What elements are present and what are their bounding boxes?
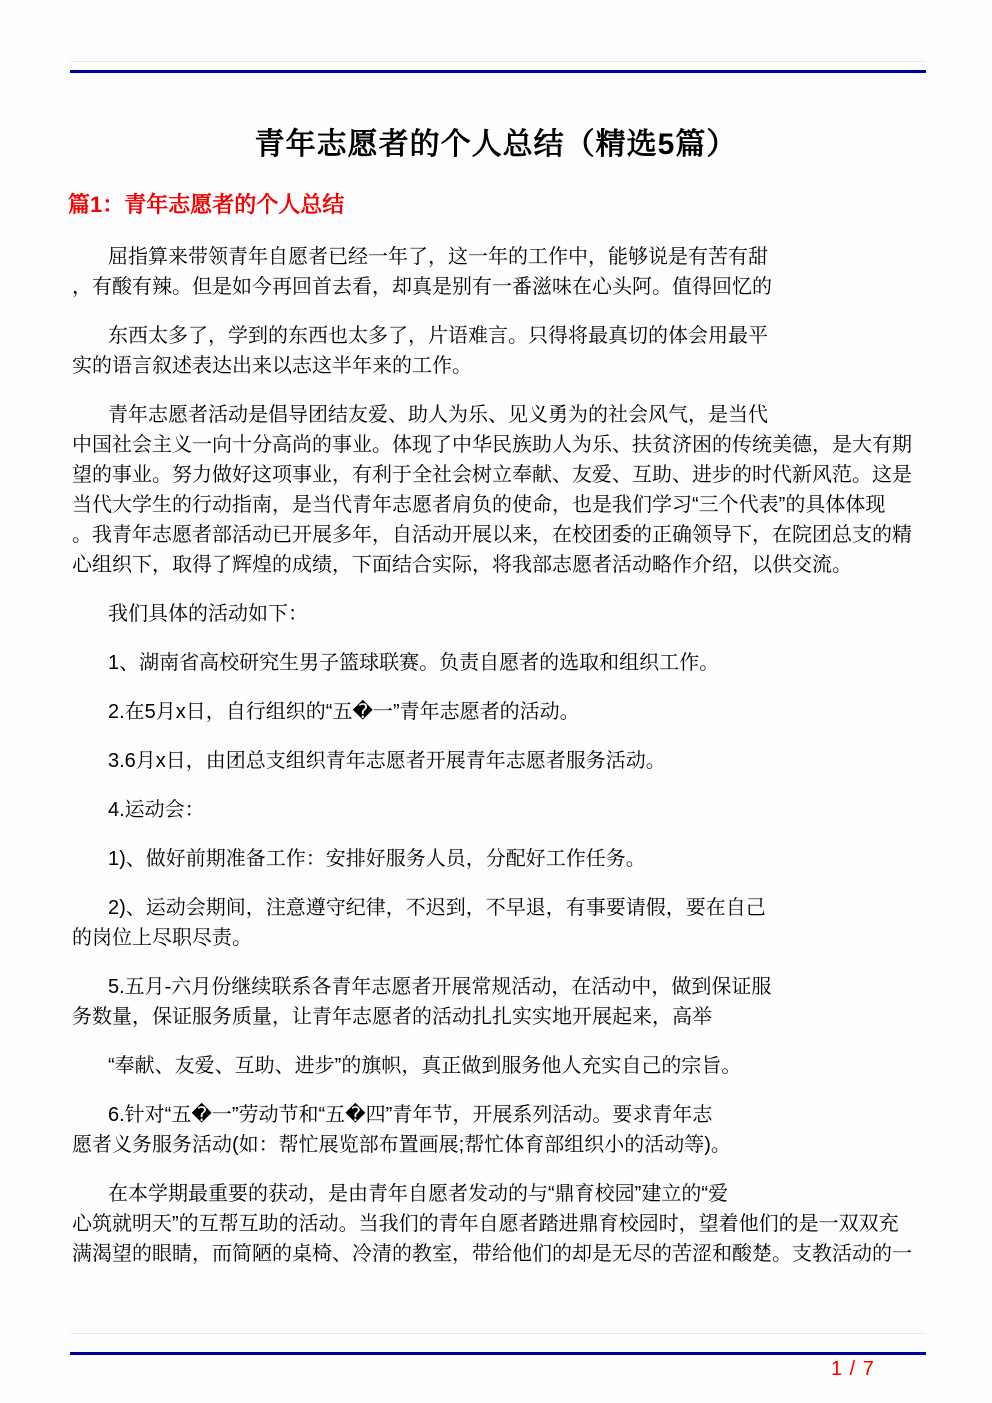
header-rule [70,70,926,73]
paragraph: “奉献、友爱、互助、进步”的旗帜，真正做到服务他人充实自己的宗旨。 [72,1051,928,1081]
paragraph: 东西太多了，学到的东西也太多了，片语难言。只得将最真切的体会用最平实的语言叙述表… [72,321,928,381]
paragraph-line: 满渴望的眼睛，而简陋的桌椅、冷清的教室，带给他们的却是无尽的苦涩和酸楚。支教活动… [72,1239,928,1269]
paragraph: 在本学期最重要的获动，是由青年自愿者发动的与“鼎育校园”建立的“爱心筑就明天”的… [72,1179,928,1269]
paragraph-line: 6.针对“五�一”劳动节和“五�四”青年节，开展系列活动。要求青年志 [72,1100,928,1130]
paragraph-line: 1、湖南省高校研究生男子篮球联赛。负责自愿者的选取和组织工作。 [72,648,928,678]
paragraph-line: 实的语言叙述表达出来以志这半年来的工作。 [72,351,928,381]
paragraph-line: 2.在5月x日，自行组织的“五�一”青年志愿者的活动。 [72,697,928,727]
paragraph-line: 4.运动会： [72,795,928,825]
paragraph-line: 屈指算来带领青年自愿者已经一年了，这一年的工作中，能够说是有苦有甜 [72,242,928,272]
paragraph-line: 我们具体的活动如下： [72,599,928,629]
paragraph-line: 5.五月-六月份继续联系各青年志愿者开展常规活动，在活动中，做到保证服 [72,972,928,1002]
paragraph: 1)、做好前期准备工作：安排好服务人员，分配好工作任务。 [72,844,928,874]
paragraph: 2)、运动会期间，注意遵守纪律，不迟到，不早退，有事要请假，要在自己的岗位上尽职… [72,893,928,953]
paragraph-line: 。我青年志愿者部活动已开展多年，自活动开展以来，在校团委的正确领导下，在院团总支… [72,520,928,550]
paragraph: 屈指算来带领青年自愿者已经一年了，这一年的工作中，能够说是有苦有甜，有酸有辣。但… [72,242,928,302]
paragraph-line: 在本学期最重要的获动，是由青年自愿者发动的与“鼎育校园”建立的“爱 [72,1179,928,1209]
document-page: 青年志愿者的个人总结（精选5篇） 篇1：青年志愿者的个人总结 屈指算来带领青年自… [0,0,992,1403]
page-title: 青年志愿者的个人总结（精选5篇） [0,124,992,166]
paragraph-line: “奉献、友爱、互助、进步”的旗帜，真正做到服务他人充实自己的宗旨。 [72,1051,928,1081]
paragraph: 4.运动会： [72,795,928,825]
paragraph-line: 东西太多了，学到的东西也太多了，片语难言。只得将最真切的体会用最平 [72,321,928,351]
paragraph-line: 当代大学生的行动指南，是当代青年志愿者肩负的使命，也是我们学习“三个代表”的具体… [72,490,928,520]
paragraph-line: 2)、运动会期间，注意遵守纪律，不迟到，不早退，有事要请假，要在自己 [72,893,928,923]
paragraph: 5.五月-六月份继续联系各青年志愿者开展常规活动，在活动中，做到保证服务数量，保… [72,972,928,1032]
paragraph-line: 心筑就明天”的互帮互助的活动。当我们的青年自愿者踏进鼎育校园时，望着他们的是一双… [72,1209,928,1239]
paragraph: 6.针对“五�一”劳动节和“五�四”青年节，开展系列活动。要求青年志愿者义务服务… [72,1100,928,1160]
paragraph-line: 1)、做好前期准备工作：安排好服务人员，分配好工作任务。 [72,844,928,874]
paragraph-line: 望的事业。努力做好这项事业，有利于全社会树立奉献、友爱、互助、进步的时代新风范。… [72,460,928,490]
header-rule-faint [70,61,926,62]
paragraph-line: 的岗位上尽职尽责。 [72,923,928,953]
paragraph: 2.在5月x日，自行组织的“五�一”青年志愿者的活动。 [72,697,928,727]
section-heading: 篇1：青年志愿者的个人总结 [68,190,344,219]
paragraph: 青年志愿者活动是倡导团结友爱、助人为乐、见义勇为的社会风气，是当代中国社会主义一… [72,400,928,580]
paragraph-line: ，有酸有辣。但是如今再回首去看，却真是别有一番滋味在心头阿。值得回忆的 [72,272,928,302]
paragraph-line: 青年志愿者活动是倡导团结友爱、助人为乐、见义勇为的社会风气，是当代 [72,400,928,430]
footer-rule [70,1352,926,1355]
paragraph-line: 愿者义务服务活动(如：帮忙展览部布置画展;帮忙体育部组织小的活动等)。 [72,1130,928,1160]
paragraph: 1、湖南省高校研究生男子篮球联赛。负责自愿者的选取和组织工作。 [72,648,928,678]
paragraph-line: 3.6月x日，由团总支组织青年志愿者开展青年志愿者服务活动。 [72,746,928,776]
page-number: 1 / 7 [831,1358,875,1381]
paragraph-line: 心组织下，取得了辉煌的成绩，下面结合实际，将我部志愿者活动略作介绍，以供交流。 [72,550,928,580]
paragraph-line: 务数量，保证服务质量，让青年志愿者的活动扎扎实实地开展起来，高举 [72,1002,928,1032]
paragraph-line: 中国社会主义一向十分高尚的事业。体现了中华民族助人为乐、扶贫济困的传统美德，是大… [72,430,928,460]
paragraph: 3.6月x日，由团总支组织青年志愿者开展青年志愿者服务活动。 [72,746,928,776]
footer-rule-faint [70,1333,926,1334]
paragraph: 我们具体的活动如下： [72,599,928,629]
document-body: 屈指算来带领青年自愿者已经一年了，这一年的工作中，能够说是有苦有甜，有酸有辣。但… [72,242,928,1288]
